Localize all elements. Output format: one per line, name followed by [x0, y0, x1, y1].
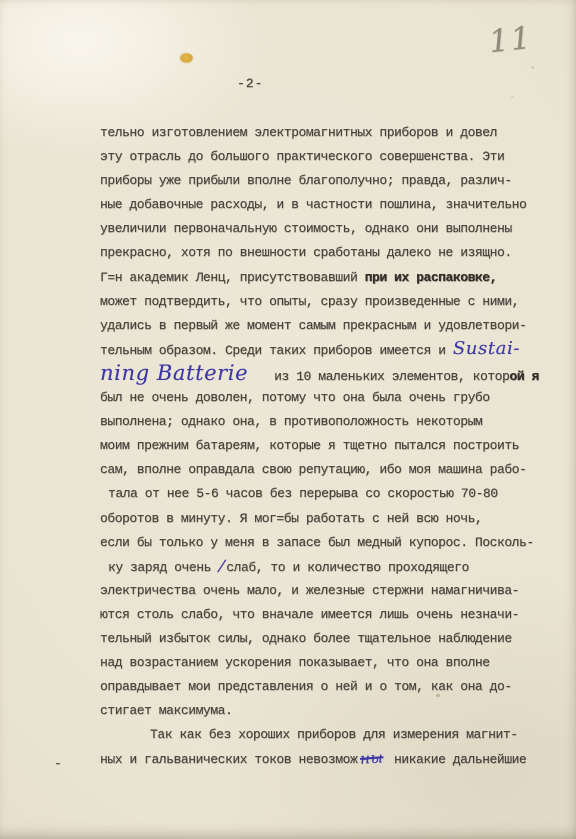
- text-line: ку заряд очень /слаб, то и количество пр…: [100, 554, 562, 578]
- text-line: если бы только у меня в запасе был медны…: [100, 530, 562, 554]
- typed-text: тала от нее 5-6 часов без перерыва со ск…: [108, 486, 498, 501]
- typed-text: электричества очень мало, и железные сте…: [100, 583, 519, 598]
- text-line: моим прежним батареям, которые я тщетно …: [100, 433, 562, 457]
- text-line: стигает максимума.: [100, 698, 562, 722]
- typed-text: ные добавочные расходы, и в частности по…: [100, 197, 526, 212]
- typed-text: слаб, то и количество проходящего: [226, 560, 469, 575]
- text-line: Так как без хороших приборов для измерен…: [100, 722, 562, 746]
- typed-text: моим прежним батареям, которые я тщетно …: [100, 438, 519, 453]
- typed-text: удались в первый же момент самым прекрас…: [100, 318, 526, 333]
- typed-text: тельным образом. Среди таких приборов им…: [100, 343, 453, 358]
- text-line: ные добавочные расходы, и в частности по…: [100, 192, 562, 216]
- typed-text: ой я: [509, 369, 538, 384]
- pencil-page-number: 11: [487, 20, 534, 60]
- paper-stain: [180, 53, 193, 63]
- typed-text: ются столь слабо, что вначале имеется ли…: [100, 607, 519, 622]
- typed-text: при их распаковке,: [365, 270, 497, 285]
- text-block: тельно изготовлением электромагнитных пр…: [100, 120, 562, 771]
- typed-text: ку заряд очень: [108, 560, 218, 575]
- text-line: увеличили первоначальную стоимость, одна…: [100, 216, 562, 240]
- text-line: тельно изготовлением электромагнитных пр…: [100, 120, 562, 144]
- text-line: над возрастанием ускорения показывает, ч…: [100, 650, 562, 674]
- typed-text: если бы только у меня в запасе был медны…: [100, 535, 534, 550]
- text-line: ются столь слабо, что вначале имеется ли…: [100, 602, 562, 626]
- handwritten-text: ны: [359, 746, 384, 772]
- typed-text: увеличили первоначальную стоимость, одна…: [100, 221, 512, 236]
- text-line: тельным образом. Среди таких приборов им…: [100, 337, 562, 361]
- text-line: сам, вполне оправдала свою репутацию, иб…: [100, 457, 562, 481]
- typed-text: сам, вполне оправдала свою репутацию, иб…: [100, 462, 526, 477]
- text-line: удались в первый же момент самым прекрас…: [100, 313, 562, 337]
- text-line: ных и гальванических токов невозможны ни…: [100, 746, 562, 770]
- typed-text: стигает максимума.: [100, 703, 232, 718]
- typed-text: прекрасно, хотя по внешности сработаны д…: [100, 245, 512, 260]
- text-line: был не очень доволен, потому что она был…: [100, 385, 562, 409]
- text-line: Г=н академик Ленц, присутствовавший при …: [100, 265, 562, 289]
- typed-text: тельный избыток силы, однако более тщате…: [100, 631, 512, 646]
- text-line: тельный избыток силы, однако более тщате…: [100, 626, 562, 650]
- text-line: электричества очень мало, и железные сте…: [100, 578, 562, 602]
- typed-text: Г=н академик Ленц, присутствовавший: [100, 270, 365, 285]
- typed-text: ных и гальванических токов невозмож: [100, 752, 357, 767]
- margin-dash: -: [54, 756, 61, 771]
- text-line: ning Batterieиз 10 маленьких элементов, …: [100, 361, 562, 385]
- typed-text: приборы уже прибыли вполне благополучно;…: [100, 173, 512, 188]
- text-line: оборотов в минуту. Я мог=бы работать с н…: [100, 506, 562, 530]
- typed-text: Так как без хороших приборов для измерен…: [150, 727, 518, 742]
- paper-speck: [511, 96, 514, 98]
- text-line: приборы уже прибыли вполне благополучно;…: [100, 168, 562, 192]
- text-line: оправдывает мои представления о ней и о …: [100, 674, 562, 698]
- typed-text: тельно изготовлением электромагнитных пр…: [100, 125, 497, 140]
- typed-text: над возрастанием ускорения показывает, ч…: [100, 655, 490, 670]
- text-line: тала от нее 5-6 часов без перерыва со ск…: [100, 481, 562, 505]
- typed-text: оправдывает мои представления о ней и о …: [100, 679, 512, 694]
- typed-page-number: -2-: [237, 76, 263, 91]
- text-line: эту отрасль до большого практического со…: [100, 144, 562, 168]
- paper-speck: [531, 66, 534, 69]
- typed-text: из 10 маленьких элементов, котор: [274, 369, 509, 384]
- text-line: выполнена; однако она, в противоположнос…: [100, 409, 562, 433]
- typed-text: выполнена; однако она, в противоположнос…: [100, 414, 482, 429]
- text-line: может подтвердить, что опыты, сразу прои…: [100, 289, 562, 313]
- typed-text: оборотов в минуту. Я мог=бы работать с н…: [100, 511, 482, 526]
- handwritten-text: ning Batterie: [100, 361, 248, 385]
- text-line: прекрасно, хотя по внешности сработаны д…: [100, 240, 562, 264]
- scanned-page: 11 -2- - тельно изготовлением электромаг…: [0, 0, 576, 839]
- handwritten-text: Sustai-: [453, 338, 520, 359]
- typed-text: был не очень доволен, потому что она был…: [100, 390, 490, 405]
- typed-text: эту отрасль до большого практического со…: [100, 149, 504, 164]
- typed-text: никакие дальнейшие: [387, 752, 527, 767]
- typed-text: может подтвердить, что опыты, сразу прои…: [100, 294, 519, 309]
